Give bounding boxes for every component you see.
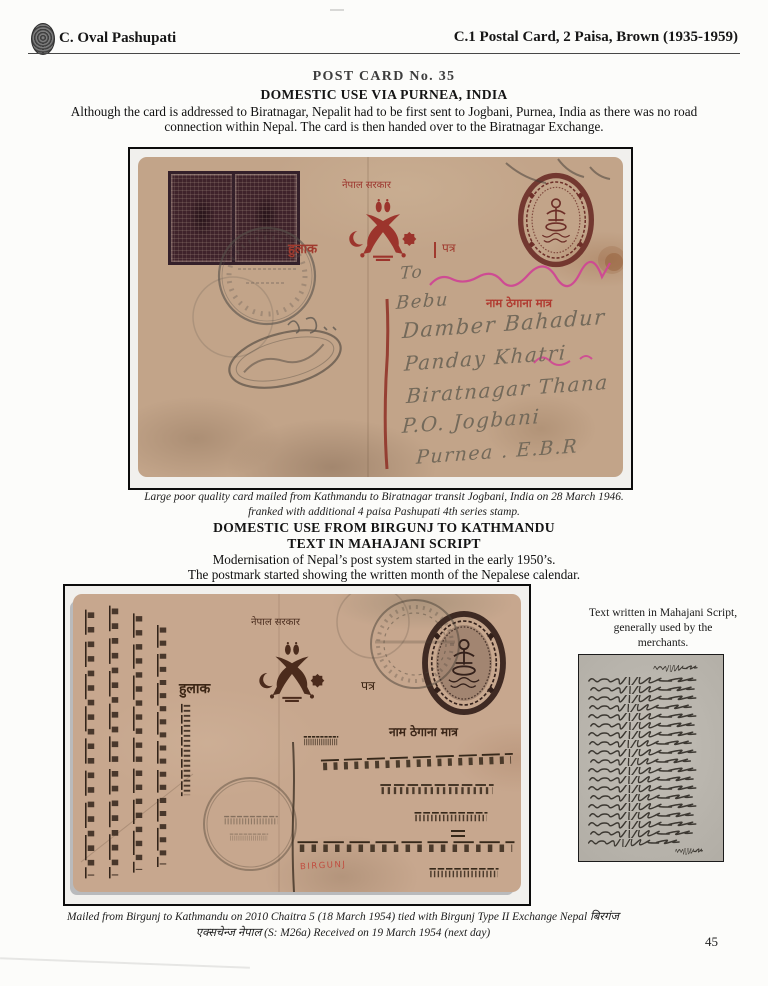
section1-subtitle: DOMESTIC USE VIA PURNEA, INDIA — [0, 87, 768, 103]
hulak-label: हुलाक — [179, 682, 210, 696]
patra-label: पत्र — [442, 242, 455, 254]
sidenote-line: Text written in Mahajani Script, — [563, 606, 763, 619]
pashupati-oval-imprint — [521, 176, 592, 265]
pink-handwriting — [430, 262, 610, 286]
section2-body-line2: The postmark started showing the written… — [0, 567, 768, 583]
government-heading: नेपाल सरकार — [251, 618, 300, 628]
oval-pashupati-seal-icon — [31, 23, 55, 55]
red-divider-line — [385, 299, 388, 469]
section2-title-line1: DOMESTIC USE FROM BIRGUNJ TO KATHMANDU — [0, 520, 768, 536]
postcard1-photo: नेपाल सरकार हुलाक पत्र नाम ठेगाना मात्र … — [138, 157, 623, 477]
crossed-khukuris-icon — [259, 642, 324, 701]
address-line: To — [400, 262, 424, 284]
chaitra-month-postmark — [204, 778, 296, 870]
ink-scribbles — [506, 159, 610, 183]
section2-title-line2: TEXT IN MAHAJANI SCRIPT — [0, 536, 768, 552]
name-address-label: नाम ठेगाना मात्र — [389, 726, 458, 738]
postcard2-caption-line1: Mailed from Birgunj to Kathmandu on 2010… — [23, 909, 663, 924]
hulak-label: हुलाक — [288, 243, 317, 256]
album-page: C. Oval Pashupati C.1 Postal Card, 2 Pai… — [0, 0, 768, 986]
government-heading: नेपाल सरकार — [342, 181, 391, 191]
transit-postmark — [223, 320, 346, 398]
section2-body-line1: Modernisation of Nepal’s post system sta… — [0, 552, 768, 568]
mahajani-script-lines — [579, 655, 723, 861]
postcard1-figure: नेपाल सरकार हुलाक पत्र नाम ठेगाना मात्र … — [128, 147, 633, 490]
name-address-label: नाम ठेगाना मात्र — [486, 298, 552, 310]
page-number: 45 — [705, 934, 718, 950]
scan-artifact — [0, 957, 250, 968]
sidenote-line: generally used by the — [563, 621, 763, 634]
postmark-inner-script — [224, 817, 278, 839]
vertical-script-columns — [86, 606, 187, 879]
header-left-title: C. Oval Pashupati — [59, 30, 176, 47]
mahajani-script-image — [578, 654, 724, 862]
postcard2-photo: नेपाल सरकार हुलाक पत्र नाम ठेगाना मात्र … — [73, 594, 521, 892]
postcard2-caption-line2: एक्सचेन्ज नेपाल (S: M26a) Received on 19… — [23, 925, 663, 940]
postcard2-figure: नेपाल सरकार हुलाक पत्र नाम ठेगाना मात्र … — [63, 584, 531, 906]
postcard1-caption-line1: Large poor quality card mailed from Kath… — [0, 491, 768, 503]
header-rule — [28, 53, 740, 54]
postcard2-markings — [73, 594, 521, 892]
header-right-title: C.1 Postal Card, 2 Paisa, Brown (1935-19… — [454, 29, 738, 46]
handwritten-address-script — [298, 737, 515, 874]
section1-body-line2: connection within Nepal. The card is the… — [0, 119, 768, 135]
section1-body-line1: Although the card is addressed to Biratn… — [0, 104, 768, 120]
stain — [598, 246, 623, 274]
divider-line — [293, 742, 294, 892]
sidenote-line: merchants. — [563, 636, 763, 649]
page-title: POST CARD No. 35 — [0, 69, 768, 85]
patra-label: पत्र — [361, 680, 375, 693]
crossed-khukuris-icon — [349, 199, 416, 260]
scan-artifact — [330, 9, 344, 11]
address-line: Bebu — [396, 289, 450, 314]
equals-mark — [451, 831, 465, 836]
postcard1-caption-line2: franked with additional 4 paisa Pashupat… — [0, 506, 768, 518]
